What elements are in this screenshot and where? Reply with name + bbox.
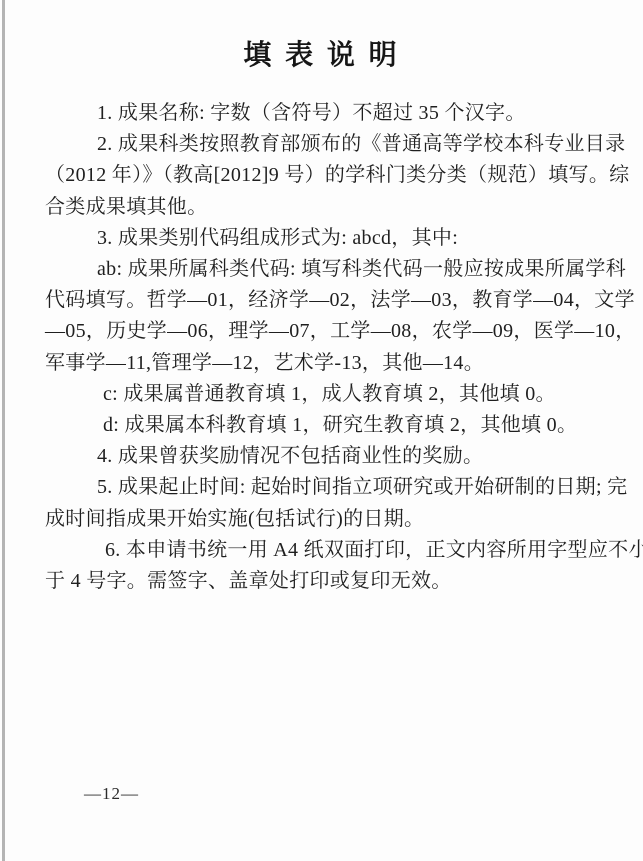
page-title: 填 表 说 明: [0, 33, 643, 73]
instruction-line-12: 4. 成果曾获奖励情况不包括商业性的奖励。: [45, 441, 597, 472]
instruction-line-2: 2. 成果科类按照教育部颁布的《普通高等学校本科专业目录: [45, 129, 597, 160]
instruction-line-6: ab: 成果所属科类代码: 填写科类代码一般应按成果所属学科: [45, 254, 597, 285]
instruction-line-7: 代码填写。哲学—01，经济学—02，法学—03，教育学—04，文学: [45, 285, 597, 316]
scan-edge-artifact: [2, 0, 5, 861]
instruction-line-9: 军事学—11,管理学—12，艺术学-13，其他—14。: [45, 348, 597, 379]
instruction-line-10: c: 成果属普通教育填 1，成人教育填 2，其他填 0。: [45, 379, 597, 410]
instruction-line-4: 合类成果填其他。: [45, 192, 597, 223]
page-number: —12—: [84, 784, 139, 804]
instruction-line-11: d: 成果属本科教育填 1，研究生教育填 2，其他填 0。: [45, 410, 597, 441]
document-page: 填 表 说 明 1. 成果名称: 字数（含符号）不超过 35 个汉字。 2. 成…: [0, 0, 643, 861]
instruction-line-15: 6. 本申请书统一用 A4 纸双面打印，正文内容所用字型应不小: [45, 535, 597, 566]
instruction-line-13: 5. 成果起止时间: 起始时间指立项研究或开始研制的日期; 完: [45, 472, 597, 503]
instruction-line-3: （2012 年）》（教高[2012]9 号）的学科门类分类（规范）填写。综: [45, 160, 597, 191]
instruction-line-8: —05，历史学—06，理学—07，工学—08，农学—09，医学—10，: [45, 316, 597, 347]
instruction-line-14: 成时间指成果开始实施(包括试行)的日期。: [45, 504, 597, 535]
document-body: 1. 成果名称: 字数（含符号）不超过 35 个汉字。 2. 成果科类按照教育部…: [45, 98, 597, 597]
instruction-line-16: 于 4 号字。需签字、盖章处打印或复印无效。: [45, 566, 597, 597]
instruction-line-1: 1. 成果名称: 字数（含符号）不超过 35 个汉字。: [45, 98, 597, 129]
instruction-line-5: 3. 成果类别代码组成形式为: abcd，其中:: [45, 223, 597, 254]
